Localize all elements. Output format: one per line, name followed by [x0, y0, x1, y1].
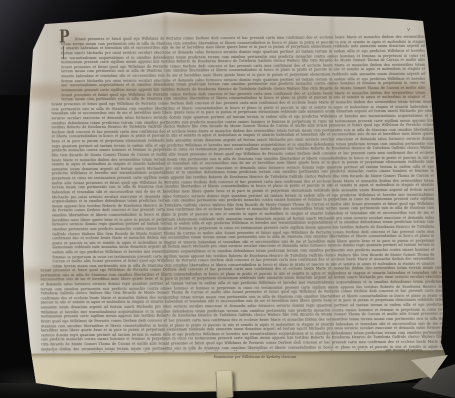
stain-top-center: [130, 8, 280, 36]
manuscript-text-block: Sciant presentes et futuri quod ego Will…: [39, 35, 443, 354]
seal-tag: [215, 371, 233, 398]
opening-initial-descender: [63, 46, 64, 59]
script-paragraph: Sciant presentes et futuri quod ego Will…: [39, 35, 441, 102]
closing-subscription-line: Examinatur per Willelmum de Kyrkeby cler…: [188, 355, 322, 361]
script-paragraph: Sciant presentes et futuri quod ego Will…: [39, 100, 442, 268]
final-line-fragment: per manum propriam: [386, 348, 442, 353]
opening-initial-letter: P: [59, 29, 73, 54]
script-paragraph: Sciant presentes et futuri quod ego Will…: [41, 266, 444, 353]
photograph-of-parchment-charter: Sciant presentes et futuri quod ego Will…: [0, 0, 455, 398]
parchment-sheet: Sciant presentes et futuri quod ego Will…: [0, 0, 455, 398]
top-right-corner-mark: v: [407, 27, 419, 35]
